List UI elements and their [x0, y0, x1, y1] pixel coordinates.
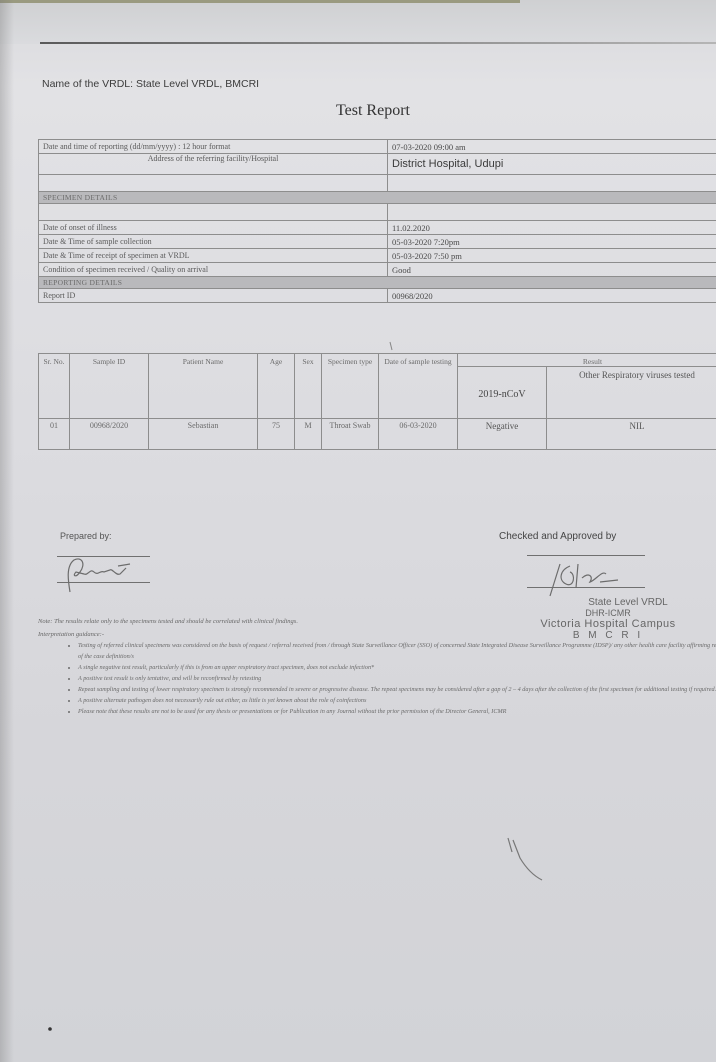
- paper-marks: [0, 0, 716, 1062]
